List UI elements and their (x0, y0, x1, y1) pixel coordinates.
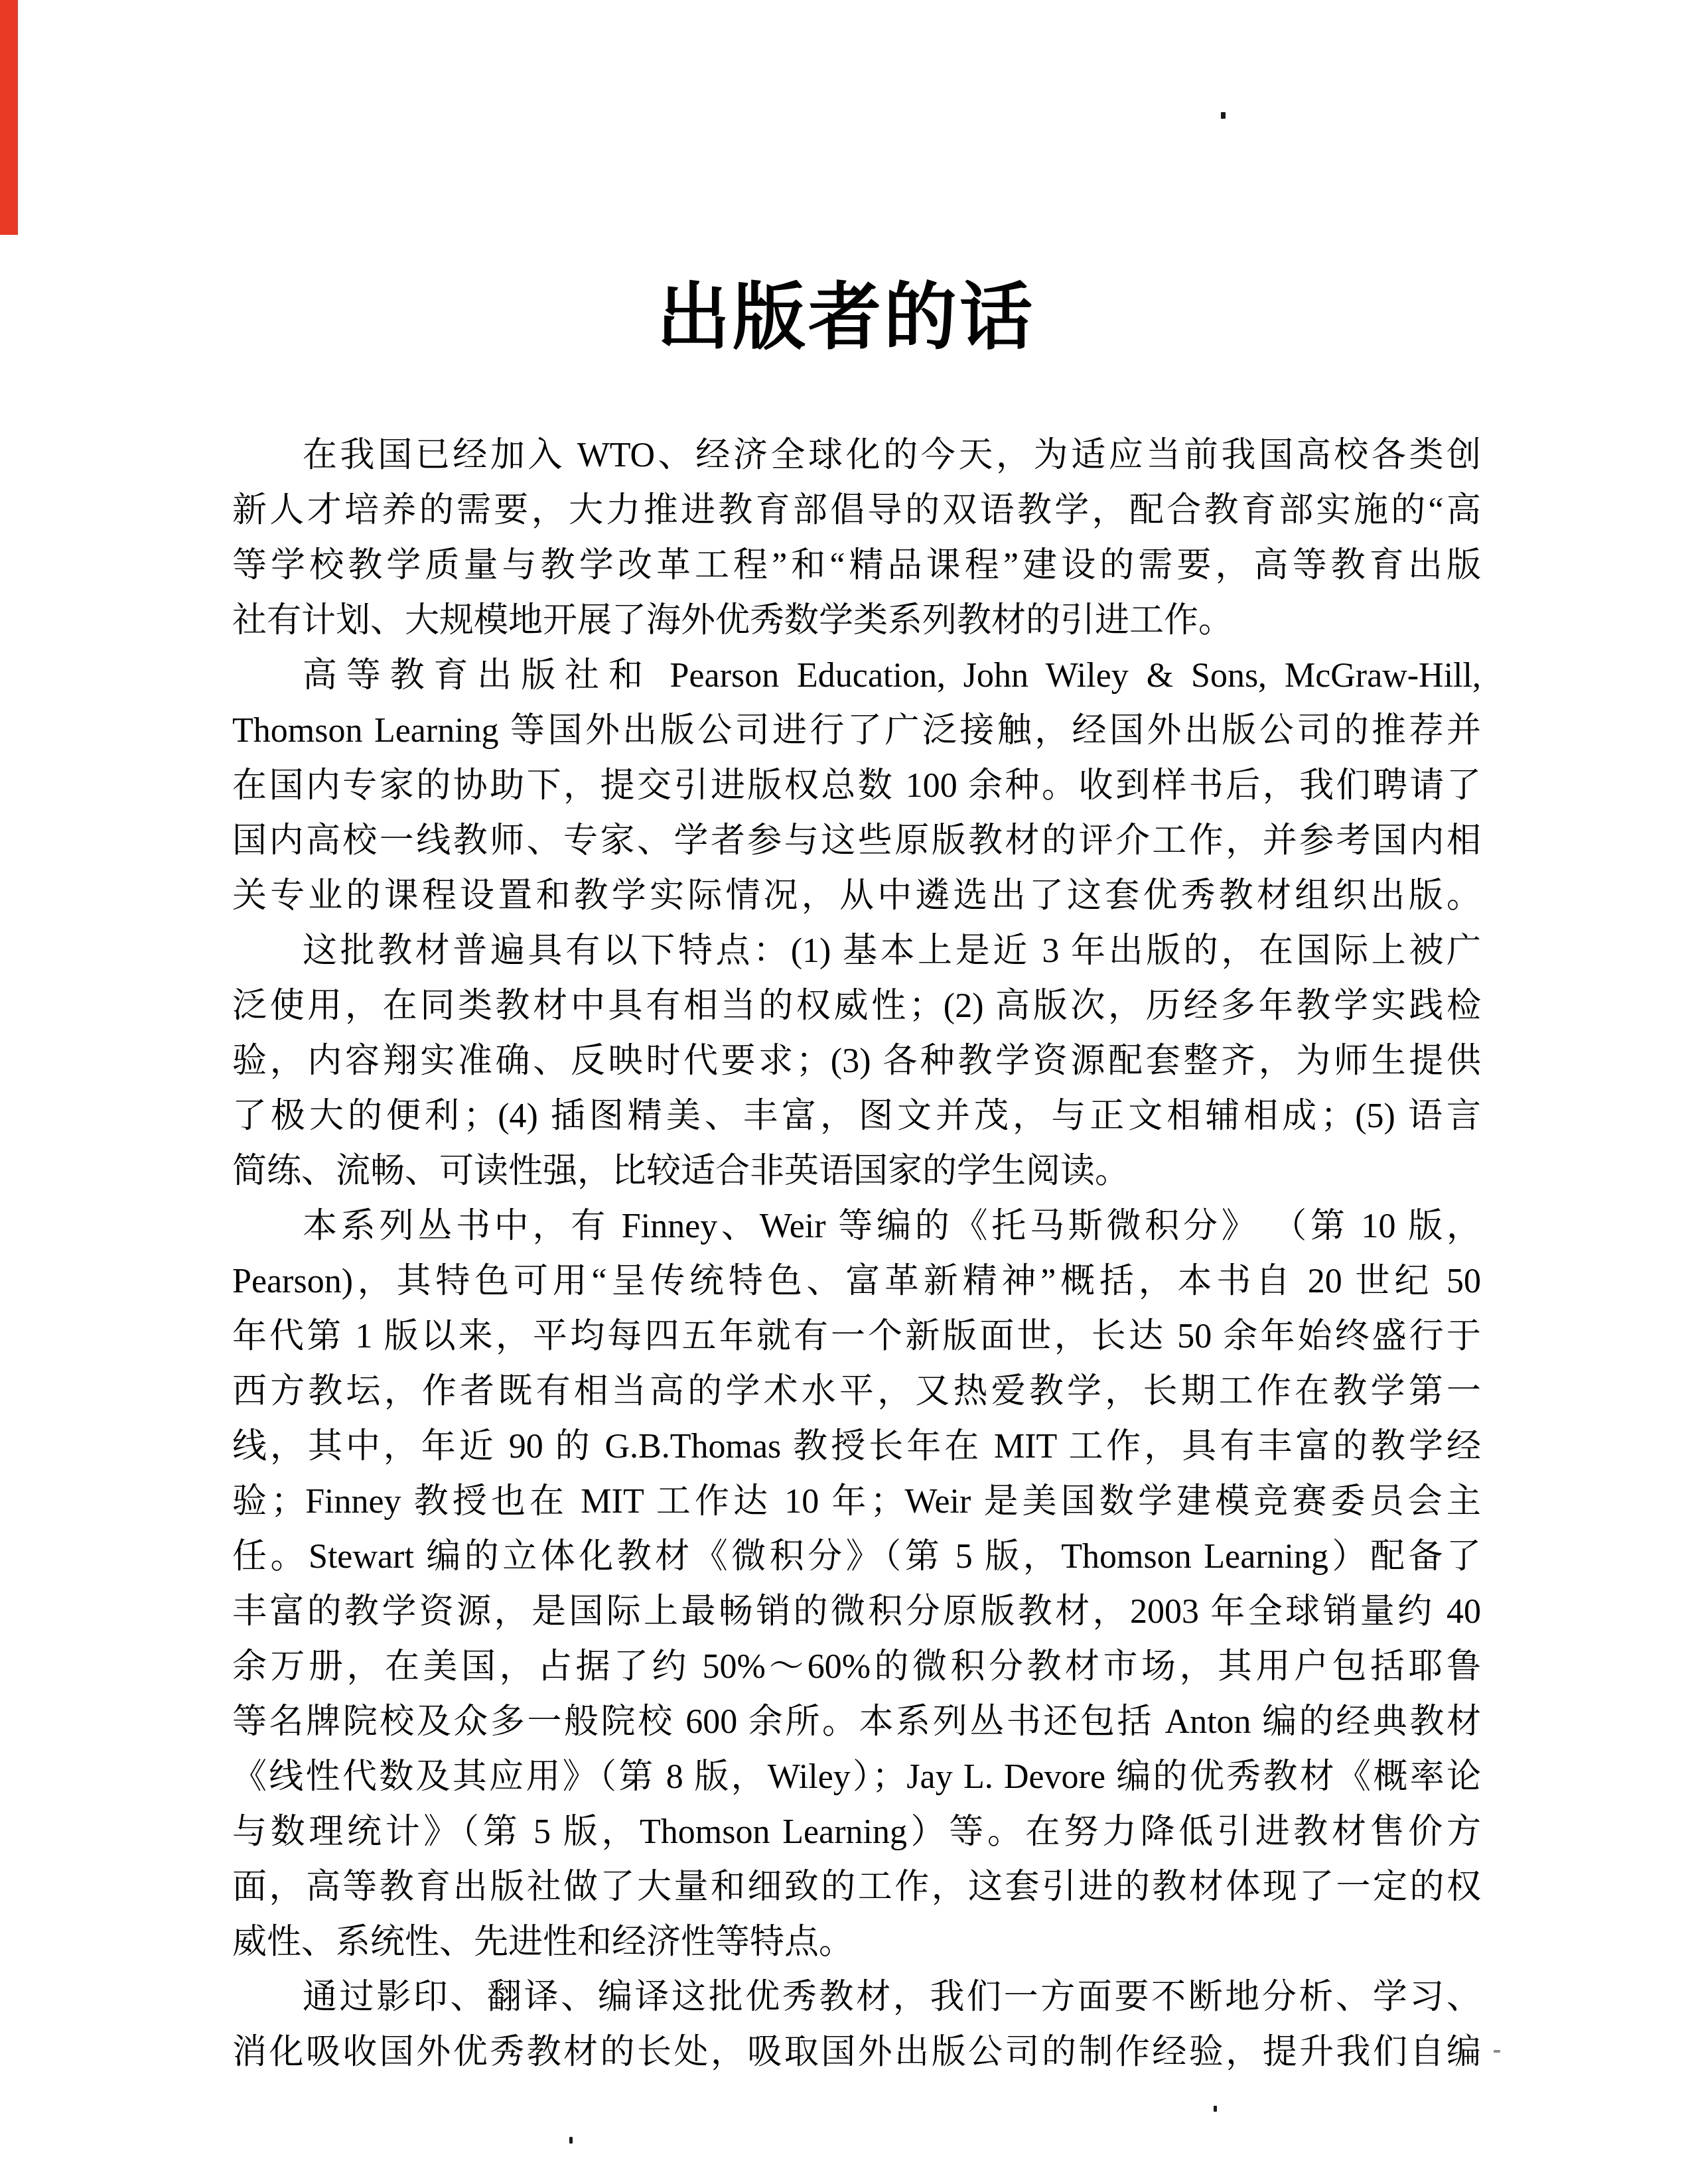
text-line: 《线性代数及其应用》（第 8 版，Wiley）；Jay L. Devore 编的… (232, 1749, 1481, 1805)
scan-speck (1221, 112, 1226, 119)
text-line: 简练、流畅、可读性强，比较适合非英语国家的学生阅读。 (232, 1144, 1481, 1199)
body-text: 在我国已经加入 WTO、经济全球化的今天，为适应当前我国高校各类创 新人才培养的… (232, 428, 1481, 2080)
text-line: 余万册，在美国，占据了约 50%～60%的微积分教材市场，其用户包括耶鲁 (232, 1639, 1481, 1694)
text-line: 丰富的教学资源，是国际上最畅销的微积分原版教材，2003 年全球销量约 40 (232, 1584, 1481, 1639)
text-line: 威性、系统性、先进性和经济性等特点。 (232, 1915, 1481, 1970)
text-line: 高等教育出版社和 Pearson Education, John Wiley &… (232, 648, 1481, 703)
scan-speck (569, 2137, 573, 2144)
text-line: 验；Finney 教授也在 MIT 工作达 10 年；Weir 是美国数学建模竞… (232, 1474, 1481, 1529)
text-line: 在我国已经加入 WTO、经济全球化的今天，为适应当前我国高校各类创 (232, 428, 1481, 483)
text-line: 等学校教学质量与教学改革工程”和“精品课程”建设的需要，高等教育出版 (232, 538, 1481, 593)
text-line: 任。Stewart 编的立体化教材《微积分》（第 5 版，Thomson Lea… (232, 1529, 1481, 1584)
text-line: 西方教坛，作者既有相当高的学术水平，又热爱教学，长期工作在教学第一 (232, 1364, 1481, 1419)
scanned-book-page: 出版者的话 在我国已经加入 WTO、经济全球化的今天，为适应当前我国高校各类创 … (0, 0, 1692, 2184)
text-line: Pearson)，其特色可用“呈传统特色、富革新精神”概括，本书自 20 世纪 … (232, 1254, 1481, 1309)
text-line: 社有计划、大规模地开展了海外优秀数学类系列教材的引进工作。 (232, 593, 1481, 648)
text-line: 泛使用，在同类教材中具有相当的权威性；(2) 高版次，历经多年教学实践检 (232, 979, 1481, 1034)
text-line: 这批教材普遍具有以下特点：(1) 基本上是近 3 年出版的，在国际上被广 (232, 923, 1481, 979)
text-line: 面，高等教育出版社做了大量和细致的工作，这套引进的教材体现了一定的权 (232, 1860, 1481, 1915)
scan-speck (1494, 2050, 1500, 2053)
red-bookmark-stripe (0, 0, 18, 235)
text-line: 验，内容翔实准确、反映时代要求；(3) 各种教学资源配套整齐，为师生提供 (232, 1034, 1481, 1089)
text-line: 年代第 1 版以来，平均每四五年就有一个新版面世，长达 50 余年始终盛行于 (232, 1309, 1481, 1364)
text-line: 国内高校一线教师、专家、学者参与这些原版教材的评介工作，并参考国内相 (232, 813, 1481, 868)
text-line: 通过影印、翻译、编译这批优秀教材，我们一方面要不断地分析、学习、 (232, 1970, 1481, 2025)
text-line: Thomson Learning 等国外出版公司进行了广泛接触，经国外出版公司的… (232, 703, 1481, 758)
text-line: 关专业的课程设置和教学实际情况，从中遴选出了这套优秀教材组织出版。 (232, 868, 1481, 923)
text-line: 与数理统计》（第 5 版，Thomson Learning）等。在努力降低引进教… (232, 1805, 1481, 1860)
page-title: 出版者的话 (0, 268, 1692, 368)
text-line: 消化吸收国外优秀教材的长处，吸取国外出版公司的制作经验，提升我们自编 (232, 2025, 1481, 2080)
text-line: 本系列丛书中，有 Finney、Weir 等编的《托马斯微积分》 （第 10 版… (232, 1199, 1481, 1254)
text-line: 在国内专家的协助下，提交引进版权总数 100 余种。收到样书后，我们聘请了 (232, 758, 1481, 813)
text-line: 线，其中，年近 90 的 G.B.Thomas 教授长年在 MIT 工作，具有丰… (232, 1419, 1481, 1474)
text-line: 等名牌院校及众多一般院校 600 余所。本系列丛书还包括 Anton 编的经典教… (232, 1694, 1481, 1749)
scan-speck (1214, 2106, 1217, 2112)
text-line: 了极大的便利；(4) 插图精美、丰富，图文并茂，与正文相辅相成；(5) 语言 (232, 1089, 1481, 1144)
text-line: 新人才培养的需要，大力推进教育部倡导的双语教学，配合教育部实施的“高 (232, 483, 1481, 538)
